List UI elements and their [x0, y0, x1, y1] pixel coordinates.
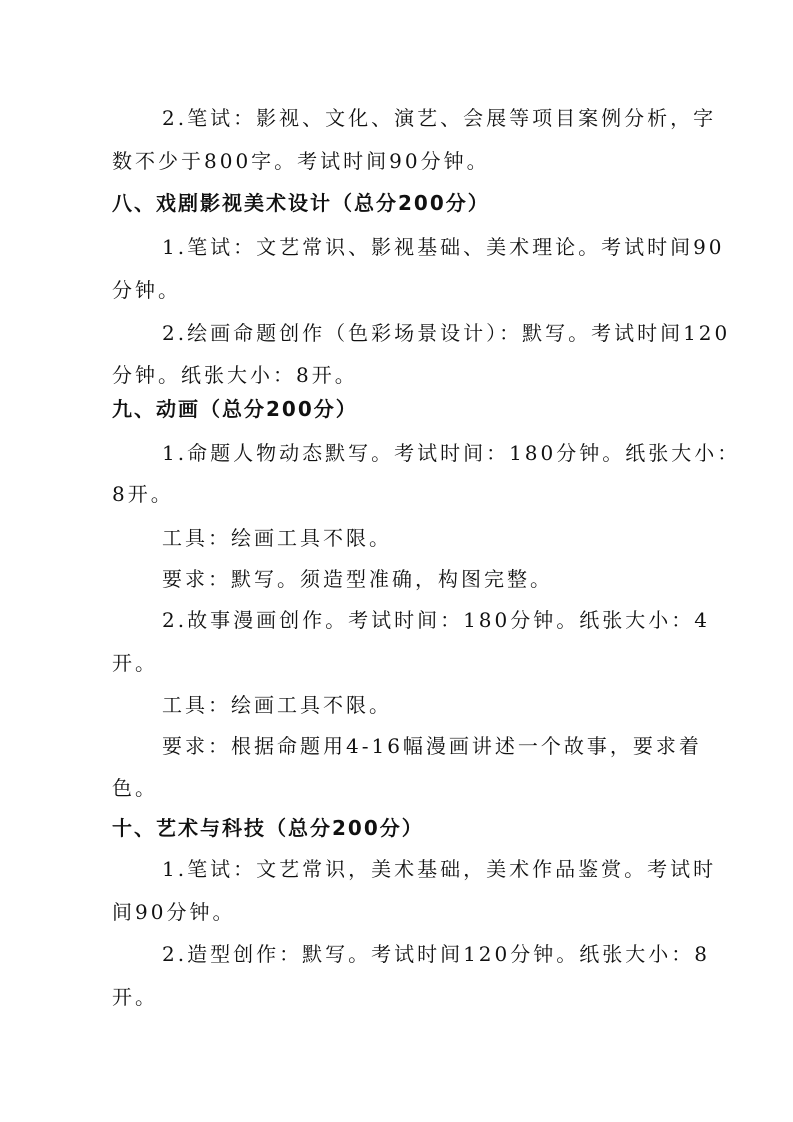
paragraph-line: 2.笔试：影视、文化、演艺、会展等项目案例分析，字 — [162, 105, 732, 131]
paragraph-line: 2.故事漫画创作。考试时间：180分钟。纸张大小：4 — [162, 607, 732, 633]
section-heading-10: 十、艺术与科技（总分200分） — [112, 815, 682, 841]
paragraph-line: 要求：默写。须造型准确，构图完整。 — [162, 566, 732, 592]
paragraph-line: 开。 — [112, 984, 682, 1010]
section-heading-8: 八、戏剧影视美术设计（总分200分） — [112, 190, 682, 216]
paragraph-line: 间90分钟。 — [112, 899, 682, 925]
paragraph-line: 8开。 — [112, 481, 682, 507]
paragraph-line: 工具：绘画工具不限。 — [162, 525, 732, 551]
paragraph-line: 分钟。 — [112, 277, 682, 303]
section-heading-9: 九、动画（总分200分） — [112, 396, 682, 422]
paragraph-line: 2.造型创作：默写。考试时间120分钟。纸张大小：8 — [162, 941, 732, 967]
paragraph-line: 开。 — [112, 650, 682, 676]
paragraph-line: 色。 — [112, 775, 682, 801]
paragraph-line: 工具：绘画工具不限。 — [162, 692, 732, 718]
paragraph-line: 要求：根据命题用4-16幅漫画讲述一个故事，要求着 — [162, 733, 732, 759]
paragraph-line: 分钟。纸张大小：8开。 — [112, 362, 682, 388]
paragraph-line: 1.笔试：文艺常识、影视基础、美术理论。考试时间90 — [162, 234, 732, 260]
paragraph-line: 1.笔试：文艺常识，美术基础，美术作品鉴赏。考试时 — [162, 856, 732, 882]
paragraph-line: 1.命题人物动态默写。考试时间：180分钟。纸张大小： — [162, 440, 732, 466]
document-page: 2.笔试：影视、文化、演艺、会展等项目案例分析，字 数不少于800字。考试时间9… — [0, 0, 793, 1122]
paragraph-line: 数不少于800字。考试时间90分钟。 — [112, 148, 682, 174]
paragraph-line: 2.绘画命题创作（色彩场景设计）：默写。考试时间120 — [162, 320, 732, 346]
